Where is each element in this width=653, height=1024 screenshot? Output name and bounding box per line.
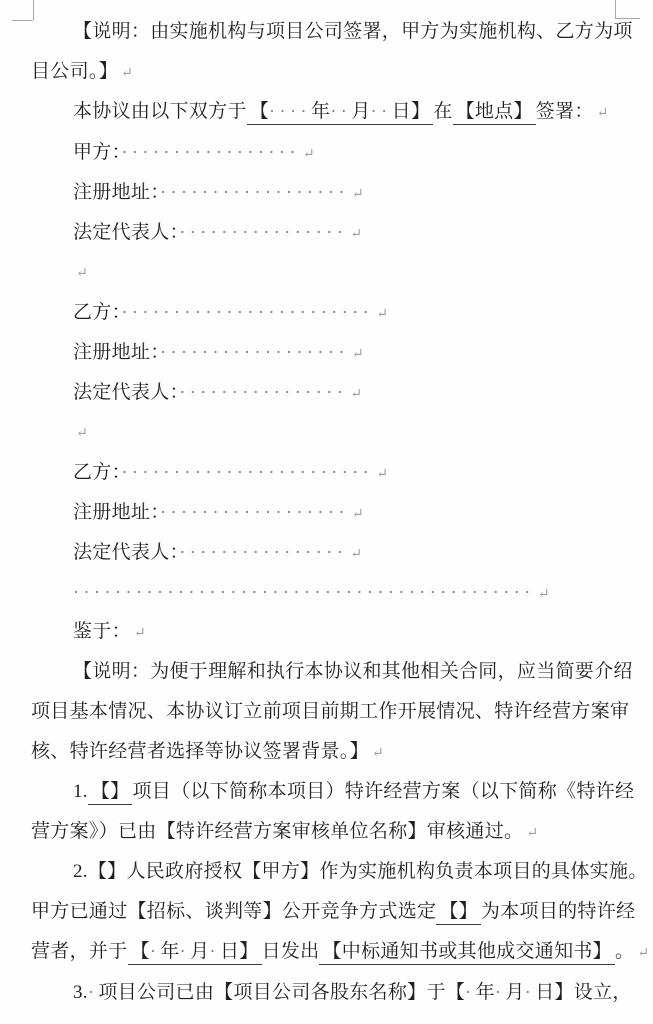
text-run: 甲方： [73, 142, 121, 163]
blank-field-underlined: 【····年··月··日】 [247, 100, 434, 125]
doc-line: 法定代表人：················↵ [31, 212, 621, 252]
doc-line: ········································… [31, 572, 621, 612]
space-dots: ·················· [160, 342, 349, 362]
text-run: 为本项目的特许经 [481, 901, 635, 922]
doc-line: 1.【】项目（以下简称本项目）特许经营方案（以下简称《特许经 [31, 772, 621, 812]
text-run: 1. [73, 781, 88, 802]
space-dots: ························ [121, 462, 373, 482]
blank-field-underlined: 【】 [436, 900, 481, 925]
text-run: 法定代表人： [73, 222, 179, 243]
text-run: 日发出 [262, 941, 320, 962]
doc-line: 甲方：·················↵ [31, 132, 621, 172]
paragraph-mark: ↵ [373, 467, 388, 482]
space-dots: · [180, 941, 191, 961]
text-run: 乙方： [73, 302, 121, 323]
text-run: 【】 [91, 781, 130, 802]
text-run: 日 [220, 941, 239, 962]
space-dots: · [495, 982, 506, 1002]
text-run: 项目基本情况、本协议订立前项目前期工作开展情况、特许经营方案审 [31, 701, 629, 722]
paragraph-mark: ↵ [131, 626, 146, 641]
text-run: 】 [411, 101, 430, 122]
doc-line: 本协议由以下双方于【····年··月··日】在【地点】签署：↵ [31, 92, 621, 132]
paragraph-mark: ↵ [369, 746, 384, 761]
doc-line: 3.·项目公司已由【项目公司各股东名称】于【·年·月·日】设立， [31, 972, 621, 1012]
space-dots: · [465, 982, 476, 1002]
text-run: 项目（以下简称本项目）特许经营方案（以下简称《特许经 [132, 781, 634, 802]
text-run: 【地点】 [456, 101, 533, 122]
text-run: 【 [250, 101, 269, 122]
paragraph-mark: ↵ [523, 826, 538, 841]
text-run: 在 [433, 101, 452, 122]
doc-line: ↵ [31, 252, 621, 292]
paragraph-mark: ↵ [349, 187, 364, 202]
paragraph-mark: ↵ [73, 426, 88, 441]
blank-field-underlined: 【中标通知书或其他成交通知书】 [319, 940, 615, 965]
text-run: 。 [615, 941, 634, 962]
paragraph-mark: ↵ [594, 106, 609, 121]
document-text-area: 【说明：由实施机构与项目公司签署，甲方为实施机构、乙方为项目公司。】↵本协议由以… [31, 12, 621, 1012]
doc-line: 【说明：由实施机构与项目公司签署，甲方为实施机构、乙方为项 [31, 12, 621, 52]
text-run: 日 [392, 101, 411, 122]
text-run: 月 [190, 941, 209, 962]
text-run: 3. [73, 982, 88, 1003]
text-run: 【中标通知书或其他成交通知书】 [322, 941, 612, 962]
text-run: 项目公司已由【项目公司各股东名称】于【 [98, 982, 465, 1003]
text-run: 本协议由以下双方于 [73, 101, 247, 122]
doc-line: 法定代表人：················↵ [31, 372, 621, 412]
text-run: 核、特许经营者选择等协议签署背景。】 [31, 741, 369, 762]
space-dots: ················ [179, 222, 347, 242]
text-run: 目公司。】 [31, 61, 118, 82]
space-dots: ···· [269, 101, 311, 121]
space-dots: ························ [121, 302, 373, 322]
text-run: 】 [239, 941, 258, 962]
space-dots: ········································… [73, 582, 535, 602]
text-run: 鉴于： [73, 621, 131, 642]
doc-line: 目公司。】↵ [31, 52, 621, 92]
doc-line: 项目基本情况、本协议订立前项目前期工作开展情况、特许经营方案审 [31, 692, 621, 732]
space-dots: · [150, 941, 161, 961]
doc-line: 营方案》）已由【特许经营方案审核单位名称】审核通过。↵ [31, 812, 621, 852]
paragraph-mark: ↵ [300, 147, 315, 162]
text-run: 法定代表人： [73, 542, 179, 563]
text-run: 【】 [439, 901, 478, 922]
text-run: 月 [505, 982, 524, 1003]
text-run: 签署： [536, 101, 594, 122]
blank-field-underlined: 【地点】 [453, 100, 536, 125]
text-run: 营者，并于 [31, 941, 128, 962]
blank-field-underlined: 【·年·月·日】 [128, 940, 262, 965]
text-run: 年 [476, 982, 495, 1003]
doc-line: 注册地址：··················↵ [31, 332, 621, 372]
space-dots: ·· [371, 101, 392, 121]
paragraph-mark: ↵ [73, 266, 88, 281]
paragraph-mark: ↵ [118, 66, 133, 81]
doc-line: 【说明：为便于理解和执行本协议和其他相关合同，应当简要介绍 [31, 652, 621, 692]
text-run: 年 [311, 101, 330, 122]
space-dots: · [88, 982, 99, 1002]
doc-line: 注册地址：··················↵ [31, 172, 621, 212]
text-run: 甲方已通过【招标、谈判等】公开竞争方式选定 [31, 901, 436, 922]
text-run: 日】设立， [535, 982, 632, 1003]
text-run: 注册地址： [73, 182, 160, 203]
paragraph-mark: ↵ [349, 507, 364, 522]
space-dots: ················ [179, 382, 347, 402]
blank-field-underlined: 【】 [88, 780, 133, 805]
paragraph-mark: ↵ [634, 946, 649, 961]
text-run: 法定代表人： [73, 382, 179, 403]
text-run: 营方案》）已由【特许经营方案审核单位名称】审核通过。 [31, 821, 523, 842]
margin-crop-mark-top-left-horizontal [12, 20, 33, 21]
space-dots: ·················· [160, 502, 349, 522]
doc-line: 法定代表人：················↵ [31, 532, 621, 572]
text-run: 2.【】人民政府授权【甲方】作为实施机构负责本项目的具体实施。 [73, 861, 648, 882]
doc-line: 甲方已通过【招标、谈判等】公开竞争方式选定【】为本项目的特许经 [31, 892, 621, 932]
text-run: 月 [351, 101, 370, 122]
doc-line: 核、特许经营者选择等协议签署背景。】↵ [31, 732, 621, 772]
text-run: 【说明：由实施机构与项目公司签署，甲方为实施机构、乙方为项 [73, 21, 633, 42]
text-run: 注册地址： [73, 342, 160, 363]
space-dots: · [209, 941, 220, 961]
text-run: 年 [160, 941, 179, 962]
doc-line: ↵ [31, 412, 621, 452]
space-dots: ·················· [160, 182, 349, 202]
doc-line: 乙方：························↵ [31, 292, 621, 332]
doc-line: 乙方：························↵ [31, 452, 621, 492]
document-page: 【说明：由实施机构与项目公司签署，甲方为实施机构、乙方为项目公司。】↵本协议由以… [0, 0, 653, 1024]
paragraph-mark: ↵ [349, 347, 364, 362]
paragraph-mark: ↵ [373, 307, 388, 322]
doc-line: 2.【】人民政府授权【甲方】作为实施机构负责本项目的具体实施。 [31, 852, 621, 892]
space-dots: ················· [121, 142, 299, 162]
space-dots: ················ [179, 542, 347, 562]
doc-line: 营者，并于【·年·月·日】日发出【中标通知书或其他成交通知书】。↵ [31, 932, 621, 972]
paragraph-mark: ↵ [535, 587, 550, 602]
paragraph-mark: ↵ [347, 547, 362, 562]
text-run: 乙方： [73, 462, 121, 483]
paragraph-mark: ↵ [347, 227, 362, 242]
doc-line: 鉴于：↵ [31, 612, 621, 652]
text-run: 注册地址： [73, 502, 160, 523]
text-run: 【 [131, 941, 150, 962]
doc-line: 注册地址：··················↵ [31, 492, 621, 532]
space-dots: ·· [330, 101, 351, 121]
text-run: 【说明：为便于理解和执行本协议和其他相关合同，应当简要介绍 [73, 661, 633, 682]
paragraph-mark: ↵ [347, 387, 362, 402]
space-dots: · [525, 982, 536, 1002]
